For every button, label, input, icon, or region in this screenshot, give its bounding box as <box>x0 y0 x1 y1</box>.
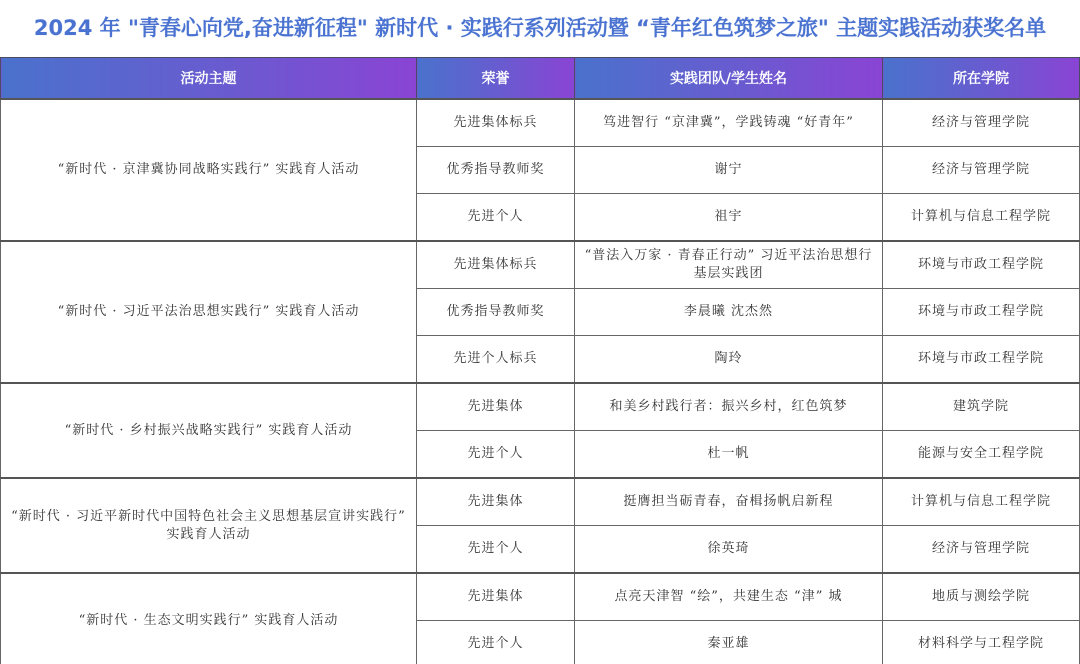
honor-cell: 先进个人 <box>417 194 575 242</box>
college-cell: 计算机与信息工程学院 <box>883 194 1080 242</box>
honor-cell: 先进个人标兵 <box>417 336 575 384</box>
topic-cell: “新时代 · 习近平新时代中国特色社会主义思想基层宣讲实践行” 实践育人活动 <box>1 478 417 573</box>
header-college: 所在学院 <box>883 58 1080 100</box>
topic-cell: “新时代 · 京津冀协同战略实践行” 实践育人活动 <box>1 99 417 241</box>
college-cell: 环境与市政工程学院 <box>883 289 1080 336</box>
header-honor: 荣誉 <box>417 58 575 100</box>
name-cell: 点亮天津智 “绘”，共建生态 “津” 城 <box>575 573 883 621</box>
college-cell: 能源与安全工程学院 <box>883 431 1080 479</box>
table-header-row: 活动主题 荣誉 实践团队/学生姓名 所在学院 <box>1 58 1080 100</box>
name-cell: 李晨曦 沈杰然 <box>575 289 883 336</box>
awards-table: 活动主题 荣誉 实践团队/学生姓名 所在学院 “新时代 · 京津冀协同战略实践行… <box>0 57 1080 664</box>
honor-cell: 先进集体 <box>417 383 575 431</box>
honor-cell: 先进集体 <box>417 478 575 526</box>
name-cell: “普法入万家 · 青春正行动” 习近平法治思想行基层实践团 <box>575 241 883 289</box>
name-cell: 杜一帆 <box>575 431 883 479</box>
college-cell: 材料科学与工程学院 <box>883 621 1080 664</box>
page-title: 2024 年 "青春心向党,奋进新征程" 新时代 · 实践行系列活动暨 “青年红… <box>0 0 1080 57</box>
topic-cell: “新时代 · 习近平法治思想实践行” 实践育人活动 <box>1 241 417 383</box>
name-cell: 陶玲 <box>575 336 883 384</box>
college-cell: 环境与市政工程学院 <box>883 241 1080 289</box>
honor-cell: 先进个人 <box>417 621 575 664</box>
college-cell: 经济与管理学院 <box>883 526 1080 574</box>
name-cell: 谢宁 <box>575 147 883 194</box>
name-cell: 徐英琦 <box>575 526 883 574</box>
topic-cell: “新时代 · 乡村振兴战略实践行” 实践育人活动 <box>1 383 417 478</box>
honor-cell: 先进集体 <box>417 573 575 621</box>
honor-cell: 先进个人 <box>417 526 575 574</box>
table-row: “新时代 · 习近平新时代中国特色社会主义思想基层宣讲实践行” 实践育人活动 先… <box>1 478 1080 526</box>
name-cell: 秦亚雄 <box>575 621 883 664</box>
name-cell: 祖宇 <box>575 194 883 242</box>
table-row: “新时代 · 乡村振兴战略实践行” 实践育人活动 先进集体 和美乡村践行者：振兴… <box>1 383 1080 431</box>
honor-cell: 先进个人 <box>417 431 575 479</box>
college-cell: 地质与测绘学院 <box>883 573 1080 621</box>
topic-cell: “新时代 · 生态文明实践行” 实践育人活动 <box>1 573 417 664</box>
name-cell: 和美乡村践行者：振兴乡村，红色筑梦 <box>575 383 883 431</box>
honor-cell: 优秀指导教师奖 <box>417 289 575 336</box>
header-topic: 活动主题 <box>1 58 417 100</box>
table-row: “新时代 · 习近平法治思想实践行” 实践育人活动 先进集体标兵 “普法入万家 … <box>1 241 1080 289</box>
honor-cell: 优秀指导教师奖 <box>417 147 575 194</box>
table-row: “新时代 · 生态文明实践行” 实践育人活动 先进集体 点亮天津智 “绘”，共建… <box>1 573 1080 621</box>
college-cell: 计算机与信息工程学院 <box>883 478 1080 526</box>
honor-cell: 先进集体标兵 <box>417 241 575 289</box>
honor-cell: 先进集体标兵 <box>417 99 575 147</box>
college-cell: 经济与管理学院 <box>883 147 1080 194</box>
college-cell: 环境与市政工程学院 <box>883 336 1080 384</box>
name-cell: 挺膺担当砺青春，奋楫扬帆启新程 <box>575 478 883 526</box>
table-row: “新时代 · 京津冀协同战略实践行” 实践育人活动 先进集体标兵 笃进智行 “京… <box>1 99 1080 147</box>
college-cell: 经济与管理学院 <box>883 99 1080 147</box>
college-cell: 建筑学院 <box>883 383 1080 431</box>
name-cell: 笃进智行 “京津冀”，学践铸魂 “好青年” <box>575 99 883 147</box>
header-team-name: 实践团队/学生姓名 <box>575 58 883 100</box>
